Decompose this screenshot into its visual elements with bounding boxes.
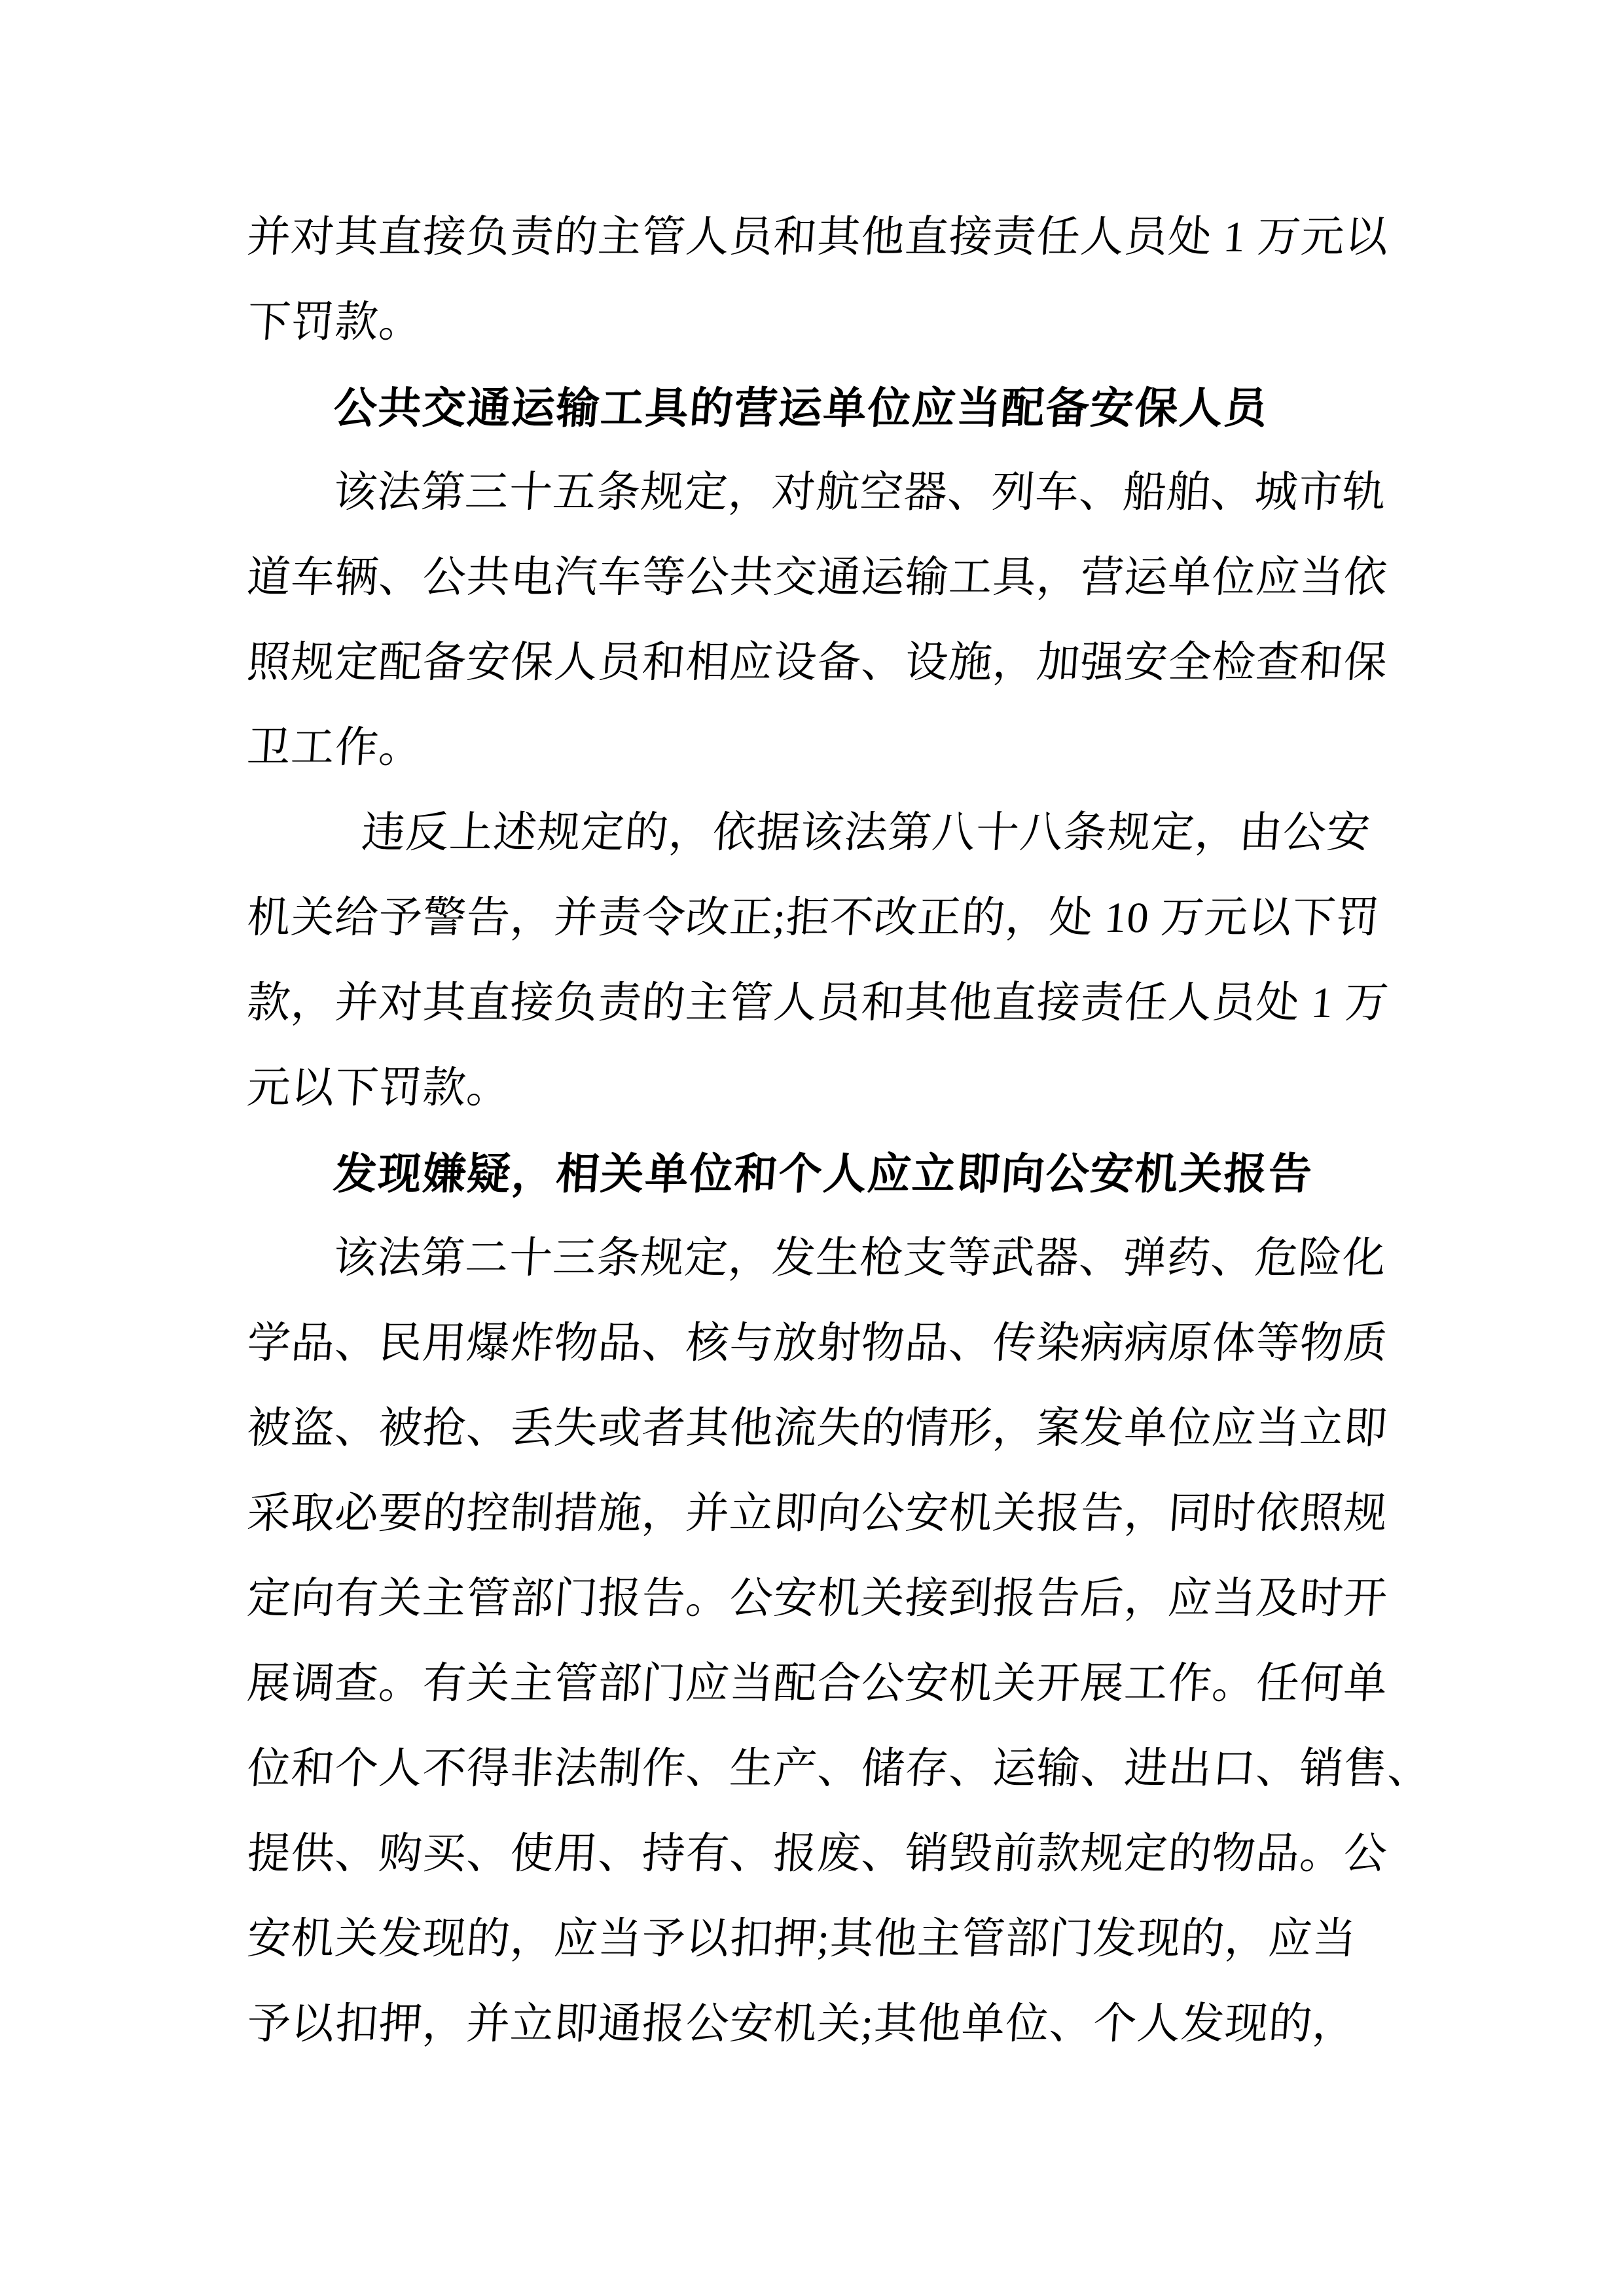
text-line: 卫工作。 [244, 706, 1403, 791]
text-line: 该法第二十三条规定，发生枪支等武器、弹药、危险化 [244, 1216, 1403, 1301]
text-line: 学品、民用爆炸物品、核与放射物品、传染病病原体等物质 [244, 1301, 1403, 1386]
text-line: 元以下罚款。 [244, 1046, 1403, 1131]
text-line: 定向有关主管部门报告。公安机关接到报告后，应当及时开 [244, 1556, 1403, 1641]
text-line: 违反上述规定的，依据该法第八十八条规定，由公安 [244, 791, 1403, 876]
text-line: 款，并对其直接负责的主管人员和其他直接责任人员处 1 万 [244, 961, 1403, 1046]
text-line: 照规定配备安保人员和相应设备、设施，加强安全检查和保 [244, 620, 1403, 706]
document-page: 并对其直接负责的主管人员和其他直接责任人员处 1 万元以 下罚款。 公共交通运输… [0, 0, 1624, 2296]
text-line: 该法第三十五条规定，对航空器、列车、船舶、城市轨 [244, 450, 1403, 535]
text-line: 下罚款。 [244, 280, 1403, 365]
section-heading: 公共交通运输工具的营运单位应当配备安保人员 [244, 365, 1403, 450]
text-line: 并对其直接负责的主管人员和其他直接责任人员处 1 万元以 [244, 195, 1403, 280]
text-line: 予以扣押，并立即通报公安机关;其他单位、个人发现的， [244, 1982, 1403, 2067]
text-line: 机关给予警告，并责令改正;拒不改正的，处 10 万元以下罚 [244, 876, 1403, 961]
text-line: 被盗、被抢、丢失或者其他流失的情形，案发单位应当立即 [244, 1386, 1403, 1471]
text-line: 安机关发现的，应当予以扣押;其他主管部门发现的，应当 [244, 1897, 1403, 1982]
text-line: 道车辆、公共电汽车等公共交通运输工具，营运单位应当依 [244, 535, 1403, 620]
text-line: 位和个人不得非法制作、生产、储存、运输、进出口、销售、 [244, 1727, 1403, 1812]
text-line: 提供、购买、使用、持有、报废、销毁前款规定的物品。公 [244, 1812, 1403, 1897]
text-line: 采取必要的控制措施，并立即向公安机关报告，同时依照规 [244, 1471, 1403, 1556]
text-line: 展调查。有关主管部门应当配合公安机关开展工作。任何单 [244, 1641, 1403, 1727]
section-heading: 发现嫌疑，相关单位和个人应立即向公安机关报告 [244, 1131, 1403, 1216]
document-content: 并对其直接负责的主管人员和其他直接责任人员处 1 万元以 下罚款。 公共交通运输… [245, 195, 1399, 2067]
